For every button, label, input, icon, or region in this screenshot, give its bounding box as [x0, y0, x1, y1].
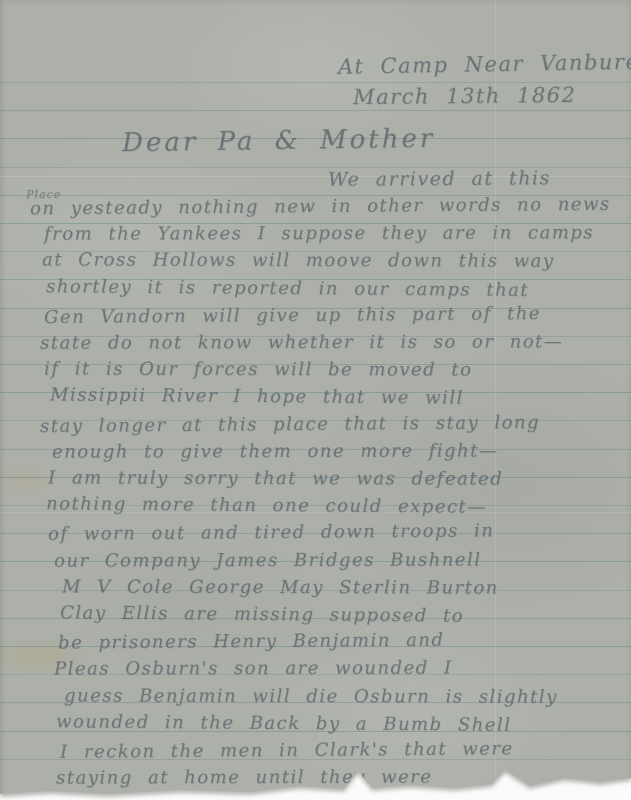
- letter-opening-line: We arrived at this: [328, 167, 551, 191]
- handwriting-line: nothing more than one could expect—: [46, 493, 487, 517]
- letter-paper: At Camp Near Vanburen March 13th 1862 De…: [0, 0, 631, 800]
- fold-crease-vertical: [495, 0, 498, 800]
- handwriting-line: wounded in the Back by a Bumb Shell: [56, 711, 512, 736]
- handwriting-line: guess Benjamin will die Osburn is slight…: [64, 685, 558, 707]
- handwriting-line: if it is Our forces will be moved to: [44, 359, 472, 381]
- handwriting-line: stay longer at this place that is stay l…: [40, 412, 540, 437]
- letter-heading-date: March 13th 1862: [353, 83, 577, 109]
- handwriting-line: I reckon the men in Clark's that were: [60, 738, 514, 763]
- handwriting-line: on yesteady nothing new in other words n…: [30, 194, 611, 220]
- handwriting-line: M V Cole George May Sterlin Burton: [62, 576, 499, 598]
- handwriting-line: Clay Ellis are missing supposed to: [60, 602, 464, 626]
- handwriting-line: Missippii River I hope that we will: [50, 385, 464, 409]
- letter-salutation: Dear Pa & Mother: [122, 124, 436, 158]
- handwriting-line: our Company James Bridges Bushnell: [54, 549, 482, 571]
- handwriting-line: enough to give them one more fight—: [52, 440, 498, 462]
- handwriting-line: at Cross Hollows will moove down this wa…: [42, 250, 555, 272]
- handwriting-line: Gen Vandorn will give up this part of th…: [44, 303, 541, 328]
- handwriting-line: from the Yankees I suppose they are in c…: [44, 222, 594, 244]
- handwriting-line: of worn out and tired down troops in: [48, 521, 494, 546]
- handwriting-line: Pleas Osburn's son are wounded I: [54, 658, 453, 680]
- paper-shadow-wrap: At Camp Near Vanburen March 13th 1862 De…: [0, 0, 631, 800]
- letter-heading-location: At Camp Near Vanburen: [338, 49, 631, 79]
- handwriting-line: shortley it is reported in our camps tha…: [46, 276, 529, 301]
- letter-scan: At Camp Near Vanburen March 13th 1862 De…: [0, 0, 631, 800]
- handwriting-line: be prisoners Henry Benjamin and: [58, 630, 445, 654]
- rule-line: [0, 110, 631, 111]
- handwriting-line: I am truly sorry that we was defeated: [48, 467, 503, 489]
- handwriting-line: state do not know whether it is so or no…: [40, 331, 563, 353]
- handwriting-line: staying at home until they were: [56, 767, 432, 789]
